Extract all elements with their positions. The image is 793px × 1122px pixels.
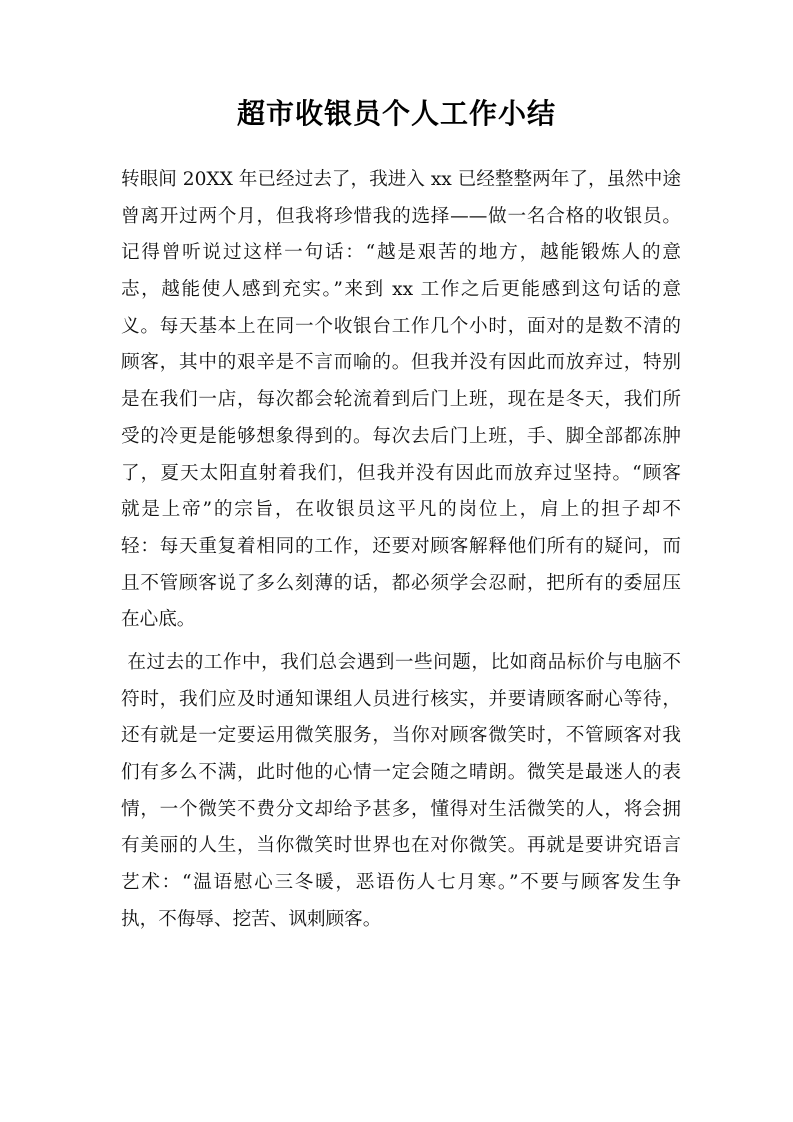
document-title: 超市收银员个人工作小结 <box>0 94 793 134</box>
paragraph-line: 顾客，其中的艰辛是不言而喻的。但我并没有因此而放弃过，特别 <box>121 345 681 382</box>
paragraph-line: 受的冷更是能够想象得到的。每次去后门上班，手、脚全部都冻肿 <box>121 419 681 456</box>
paragraph-line: 且不管顾客说了多么刻薄的话，都必须学会忍耐，把所有的委屈压 <box>121 566 681 603</box>
document-page: 超市收银员个人工作小结 转眼间 20XX 年已经过去了，我进入 xx 已经整整两… <box>0 0 793 1122</box>
paragraph-line: 在过去的工作中，我们总会遇到一些问题，比如商品标价与电脑不 <box>121 645 681 682</box>
paragraph-line: 记得曾听说过这样一句话：“越是艰苦的地方，越能锻炼人的意 <box>121 235 681 272</box>
paragraph-line: 还有就是一定要运用微笑服务，当你对顾客微笑时，不管顾客对我 <box>121 718 681 755</box>
paragraph-line: 转眼间 20XX 年已经过去了，我进入 xx 已经整整两年了，虽然中途 <box>121 162 681 199</box>
paragraph-line: 了，夏天太阳直射着我们，但我并没有因此而放弃过坚持。“顾客 <box>121 456 681 493</box>
paragraph-line: 在心底。 <box>121 602 681 639</box>
paragraph-line: 义。每天基本上在同一个收银台工作几个小时，面对的是数不清的 <box>121 309 681 346</box>
paragraph-line: 符时，我们应及时通知课组人员进行核实，并要请顾客耐心等待， <box>121 682 681 719</box>
paragraph-line: 志，越能使人感到充实。”来到 xx 工作之后更能感到这句话的意 <box>121 272 681 309</box>
paragraph-line: 情，一个微笑不费分文却给予甚多，懂得对生活微笑的人，将会拥 <box>121 792 681 829</box>
paragraph-line: 有美丽的人生，当你微笑时世界也在对你微笑。再就是要讲究语言 <box>121 828 681 865</box>
paragraph-2: 在过去的工作中，我们总会遇到一些问题，比如商品标价与电脑不 符时，我们应及时通知… <box>121 645 681 939</box>
paragraph-line: 轻：每天重复着相同的工作，还要对顾客解释他们所有的疑问，而 <box>121 529 681 566</box>
paragraph-line: 曾离开过两个月，但我将珍惜我的选择——做一名合格的收银员。 <box>121 199 681 236</box>
paragraph-line: 艺术：“温语慰心三冬暖，恶语伤人七月寒。”不要与顾客发生争 <box>121 865 681 902</box>
paragraph-line: 是在我们一店，每次都会轮流着到后门上班，现在是冬天，我们所 <box>121 382 681 419</box>
paragraph-line: 执，不侮辱、挖苦、讽刺顾客。 <box>121 902 681 939</box>
paragraph-line: 就是上帝”的宗旨，在收银员这平凡的岗位上，肩上的担子却不 <box>121 492 681 529</box>
paragraph-line: 们有多么不满，此时他的心情一定会随之晴朗。微笑是最迷人的表 <box>121 755 681 792</box>
paragraph-1: 转眼间 20XX 年已经过去了，我进入 xx 已经整整两年了，虽然中途 曾离开过… <box>121 162 681 639</box>
